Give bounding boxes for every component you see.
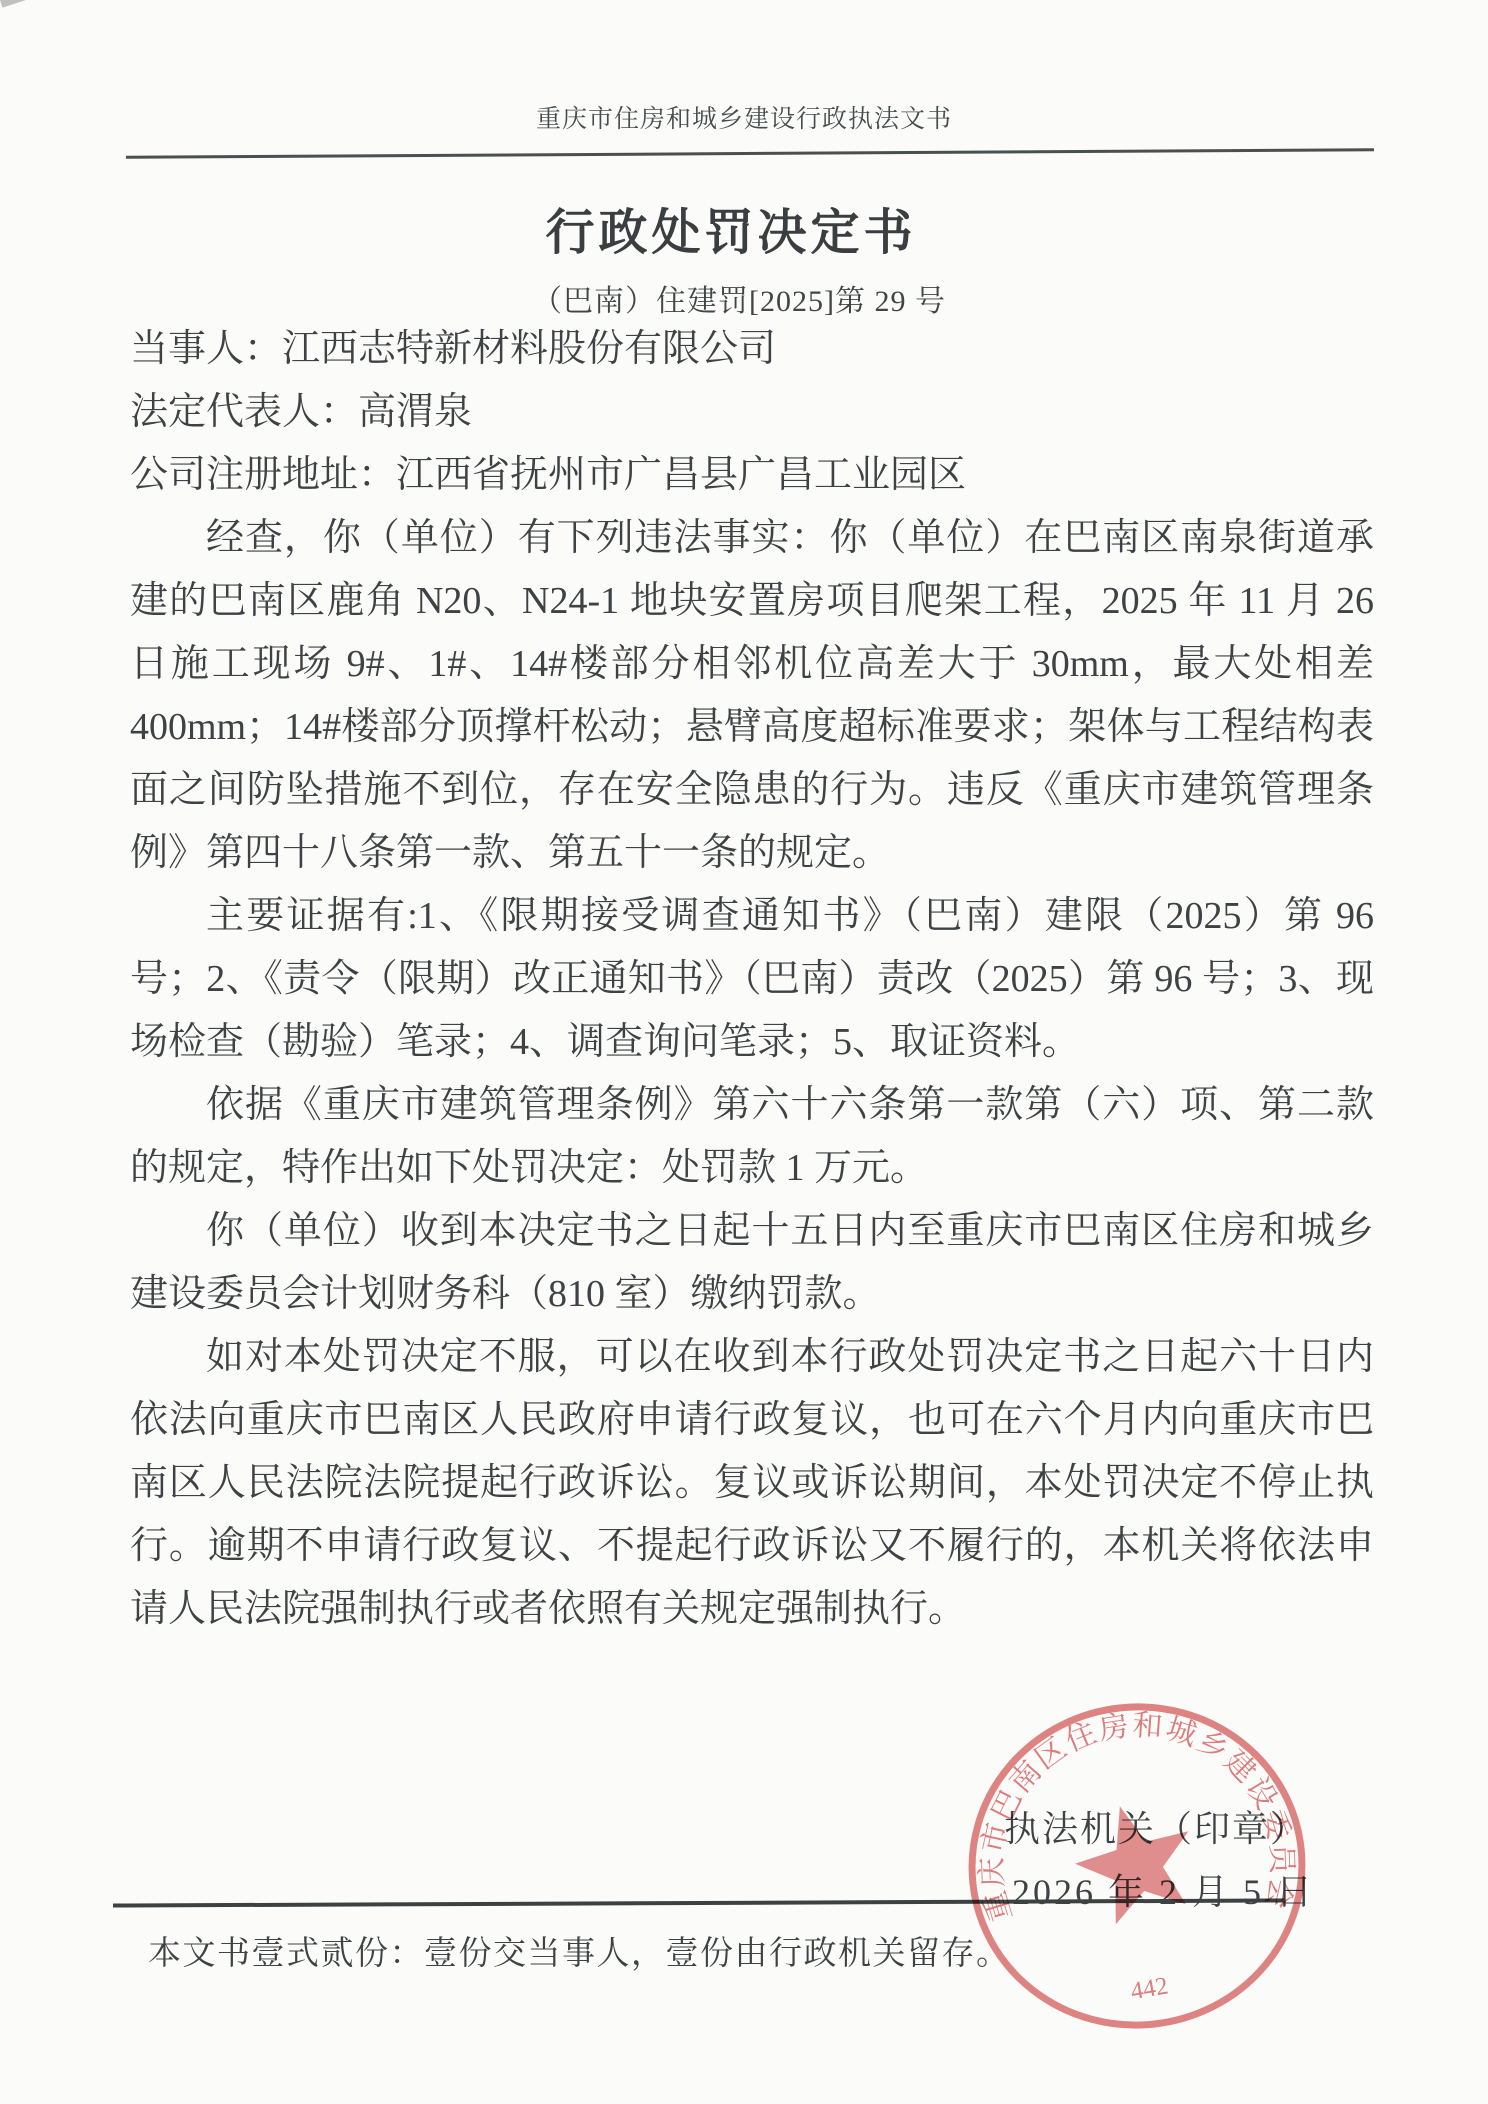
official-seal: 重庆市巴南区住房和城乡建设委员会 442 (952, 1694, 1322, 2040)
header-rule (126, 148, 1374, 159)
party-line: 当事人：江西志特新材料股份有限公司 (130, 318, 1374, 381)
doc-number: （巴南）住建罚[2025]第 29 号 (0, 276, 1478, 320)
scan-corner-artifact (0, 0, 27, 8)
decision-paragraph: 依据《重庆市建筑管理条例》第六十六条第一款第（六）项、第二款的规定，特作出如下处… (130, 1074, 1374, 1200)
seal-star-icon (1063, 1790, 1207, 1930)
document-body: 当事人：江西志特新材料股份有限公司 法定代表人：高渭泉 公司注册地址：江西省抚州… (130, 318, 1374, 1641)
page-title: 行政处罚决定书 (0, 194, 1462, 264)
seal-code: 442 (1129, 1972, 1171, 2005)
footer-note: 本文书壹式贰份：壹份交当事人，壹份由行政机关留存。 (148, 1927, 1011, 1974)
facts-paragraph: 经查，你（单位）有下列违法事实：你（单位）在巴南区南泉街道承建的巴南区鹿角 N2… (130, 507, 1374, 885)
legal-rep-line: 法定代表人：高渭泉 (130, 381, 1374, 444)
address-line: 公司注册地址：江西省抚州市广昌县广昌工业园区 (130, 444, 1374, 507)
payment-paragraph: 你（单位）收到本决定书之日起十五日内至重庆市巴南区住房和城乡建设委员会计划财务科… (130, 1200, 1374, 1326)
scanned-document-page: 重庆市住房和城乡建设行政执法文书 行政处罚决定书 （巴南）住建罚[2025]第 … (0, 0, 1488, 2104)
evidence-paragraph: 主要证据有:1、《限期接受调查通知书》（巴南）建限（2025）第 96 号；2、… (130, 885, 1374, 1074)
document-header: 重庆市住房和城乡建设行政执法文书 (0, 99, 1488, 135)
svg-text:重庆市巴南区住房和城乡建设委员会: 重庆市巴南区住房和城乡建设委员会 (960, 1694, 1305, 1946)
seal-ring-text: 重庆市巴南区住房和城乡建设委员会 (960, 1694, 1305, 1946)
appeal-paragraph: 如对本处罚决定不服，可以在收到本行政处罚决定书之日起六十日内依法向重庆市巴南区人… (130, 1326, 1374, 1641)
